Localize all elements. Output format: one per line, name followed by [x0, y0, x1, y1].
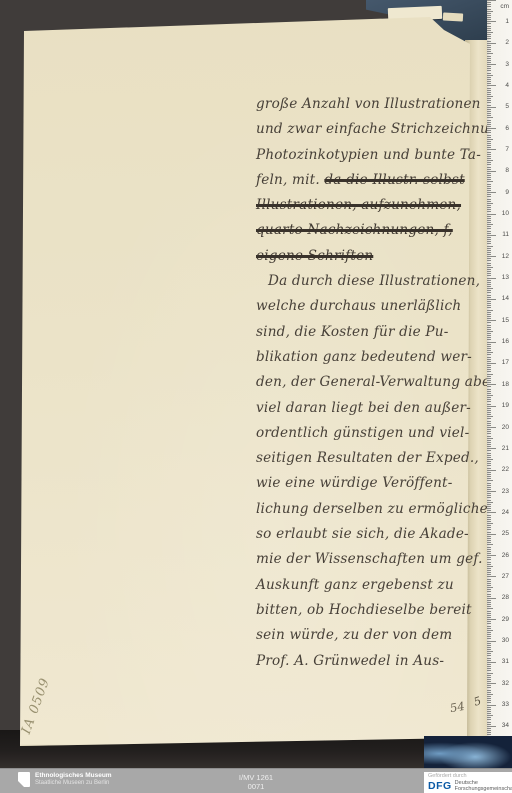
ruler-minor-tick	[487, 670, 491, 671]
ruler-minor-tick	[487, 312, 491, 313]
ruler-number: 31	[502, 659, 509, 665]
ruler-minor-tick	[487, 111, 491, 112]
ruler-minor-tick	[487, 346, 491, 347]
ruler-minor-tick	[487, 660, 491, 661]
ruler-minor-tick	[487, 679, 491, 680]
manuscript-line: welche durchaus unerläßlich	[256, 294, 484, 319]
ruler-minor-tick	[487, 367, 491, 368]
ruler-minor-tick	[487, 68, 491, 69]
ruler-minor-tick	[487, 4, 491, 5]
manuscript-line: blikation ganz bedeutend wer-	[256, 345, 484, 370]
ruler-minor-tick	[487, 13, 491, 14]
ruler-number: 26	[502, 553, 509, 559]
ruler-minor-tick	[487, 468, 491, 469]
ruler-major-tick	[487, 363, 496, 364]
handwritten-text-block: große Anzahl von Illustrationenund zwar …	[256, 92, 484, 692]
ruler-minor-tick	[487, 692, 491, 693]
ruler-minor-tick	[487, 623, 491, 624]
ruler-minor-tick	[487, 702, 491, 703]
ruler-major-tick	[487, 491, 496, 492]
ruler-minor-tick	[487, 263, 491, 264]
ruler-minor-tick	[487, 139, 493, 140]
ruler-minor-tick	[487, 542, 491, 543]
ruler-minor-tick	[487, 314, 491, 315]
ruler-minor-tick	[487, 681, 491, 682]
ruler-minor-tick	[487, 88, 491, 89]
ruler-number: 17	[502, 360, 509, 366]
ruler-minor-tick	[487, 36, 491, 37]
ruler-minor-tick	[487, 297, 491, 298]
ruler-minor-tick	[487, 199, 491, 200]
ruler-minor-tick	[487, 497, 491, 498]
ruler-minor-tick	[487, 732, 491, 733]
ruler-minor-tick	[487, 169, 491, 170]
ruler-minor-tick	[487, 254, 491, 255]
ruler-minor-tick	[487, 502, 493, 503]
ruler-minor-tick	[487, 186, 491, 187]
blue-fabric-patch	[424, 736, 512, 768]
ruler-minor-tick	[487, 685, 491, 686]
ruler-minor-tick	[487, 49, 491, 50]
ruler-minor-tick	[487, 455, 491, 456]
ruler-number: 24	[502, 510, 509, 516]
ruler-minor-tick	[487, 557, 491, 558]
ruler-minor-tick	[487, 130, 491, 131]
ruler-minor-tick	[487, 173, 491, 174]
ruler-number: 19	[502, 403, 509, 409]
ruler-minor-tick	[487, 73, 491, 74]
ruler-major-tick	[487, 406, 496, 407]
ruler-number: 15	[502, 318, 509, 324]
ruler-minor-tick	[487, 418, 491, 419]
ruler-minor-tick	[487, 126, 491, 127]
ruler-minor-tick	[487, 500, 491, 501]
ruler-minor-tick	[487, 248, 491, 249]
ruler-major-tick	[487, 534, 496, 535]
dfg-full-name: Deutsche Forschungsgemeinschaft	[455, 780, 512, 792]
ruler-minor-tick	[487, 553, 491, 554]
ruler-minor-tick	[487, 32, 493, 33]
ruler-minor-tick	[487, 329, 491, 330]
ruler-minor-tick	[487, 724, 491, 725]
ruler-minor-tick	[487, 613, 491, 614]
ruler-minor-tick	[487, 636, 491, 637]
ruler-minor-tick	[487, 179, 491, 180]
ruler-minor-tick	[487, 493, 491, 494]
ruler-minor-tick	[487, 438, 493, 439]
ruler-minor-tick	[487, 181, 493, 182]
ruler-major-tick	[487, 235, 496, 236]
ruler-minor-tick	[487, 730, 491, 731]
ruler-minor-tick	[487, 707, 491, 708]
ruler-minor-tick	[487, 655, 491, 656]
ruler-minor-tick	[487, 459, 493, 460]
ruler-minor-tick	[487, 544, 493, 545]
ruler-minor-tick	[487, 335, 491, 336]
ruler-number: 28	[502, 595, 509, 601]
ruler-minor-tick	[487, 152, 491, 153]
ruler-minor-tick	[487, 425, 491, 426]
manuscript-line: sein würde, zu der von dem	[256, 623, 484, 648]
ruler-minor-tick	[487, 527, 491, 528]
ruler-minor-tick	[487, 60, 491, 61]
ruler-minor-tick	[487, 508, 491, 509]
ruler-minor-tick	[487, 687, 491, 688]
ruler-minor-tick	[487, 621, 491, 622]
ruler-minor-tick	[487, 510, 491, 511]
ruler-minor-tick	[487, 211, 491, 212]
ruler-minor-tick	[487, 585, 491, 586]
ruler-minor-tick	[487, 696, 491, 697]
ruler-minor-tick	[487, 713, 491, 714]
ruler-minor-tick	[487, 145, 491, 146]
ruler-minor-tick	[487, 717, 491, 718]
ruler-major-tick	[487, 448, 496, 449]
ruler-minor-tick	[487, 638, 491, 639]
manuscript-line: den, der General-Verwaltung aber	[256, 370, 484, 395]
ruler-major-tick	[487, 683, 496, 684]
ruler-major-tick	[487, 641, 496, 642]
ruler-minor-tick	[487, 77, 491, 78]
ruler-minor-tick	[487, 354, 491, 355]
ruler-minor-tick	[487, 100, 491, 101]
ruler-minor-tick	[487, 485, 491, 486]
ruler-minor-tick	[487, 237, 491, 238]
ruler-number: 7	[505, 147, 509, 153]
ruler-minor-tick	[487, 350, 491, 351]
ruler-minor-tick	[487, 216, 491, 217]
ruler-number: 16	[502, 339, 509, 345]
ruler-minor-tick	[487, 11, 493, 12]
ruler-minor-tick	[487, 34, 491, 35]
ruler-minor-tick	[487, 190, 491, 191]
ruler-number: 11	[502, 232, 509, 238]
ruler-number: 3	[505, 62, 509, 68]
ruler-minor-tick	[487, 506, 491, 507]
ruler-number: 25	[502, 531, 509, 537]
ruler-minor-tick	[487, 551, 491, 552]
ruler-minor-tick	[487, 651, 493, 652]
ruler-minor-tick	[487, 461, 491, 462]
ruler-minor-tick	[487, 453, 491, 454]
ruler-minor-tick	[487, 611, 491, 612]
manuscript-line: Photozinkotypien und bunte Ta-	[256, 143, 484, 168]
manuscript-line: Auskunft ganz ergebenst zu	[256, 573, 484, 598]
ruler-minor-tick	[487, 632, 491, 633]
ruler-minor-tick	[487, 222, 491, 223]
ruler-major-tick	[487, 427, 496, 428]
ruler-number: 5	[505, 104, 509, 110]
ruler-minor-tick	[487, 397, 491, 398]
ruler-minor-tick	[487, 271, 491, 272]
ruler-minor-tick	[487, 389, 491, 390]
ruler-minor-tick	[487, 94, 491, 95]
ruler-minor-tick	[487, 265, 491, 266]
ruler-minor-tick	[487, 83, 491, 84]
ruler-minor-tick	[487, 431, 491, 432]
ruler-minor-tick	[487, 231, 491, 232]
ruler-minor-tick	[487, 374, 493, 375]
struck-text: quarto Nachzeichnungen, f,	[256, 222, 453, 238]
ruler-minor-tick	[487, 673, 493, 674]
ruler-minor-tick	[487, 408, 491, 409]
ruler-minor-tick	[487, 666, 491, 667]
manuscript-line: viel daran liegt bei den außer-	[256, 396, 484, 421]
ruler-minor-tick	[487, 137, 491, 138]
ruler-minor-tick	[487, 194, 491, 195]
ruler-minor-tick	[487, 322, 491, 323]
ruler-minor-tick	[487, 9, 491, 10]
ruler-minor-tick	[487, 250, 491, 251]
ruler-minor-tick	[487, 310, 493, 311]
ruler-minor-tick	[487, 591, 491, 592]
ruler-number: 10	[502, 211, 509, 217]
ruler-minor-tick	[487, 156, 491, 157]
ruler-minor-tick	[487, 711, 491, 712]
ruler-minor-tick	[487, 2, 491, 3]
ruler-minor-tick	[487, 378, 491, 379]
ruler-minor-tick	[487, 339, 491, 340]
ruler-minor-tick	[487, 722, 491, 723]
ruler-minor-tick	[487, 38, 491, 39]
ruler-minor-tick	[487, 634, 491, 635]
ruler-minor-tick	[487, 15, 491, 16]
ruler-minor-tick	[487, 120, 491, 121]
ruler-minor-tick	[487, 344, 491, 345]
manuscript-line: eigene Schriften	[256, 244, 484, 269]
ruler-minor-tick	[487, 690, 491, 691]
ruler-minor-tick	[487, 239, 491, 240]
ruler-minor-tick	[487, 465, 491, 466]
ruler-minor-tick	[487, 205, 491, 206]
ruler-minor-tick	[487, 124, 491, 125]
ruler-minor-tick	[487, 141, 491, 142]
ruler-minor-tick	[487, 282, 491, 283]
ruler-minor-tick	[487, 241, 491, 242]
struck-text: eigene Schriften	[256, 248, 373, 264]
ruler-minor-tick	[487, 62, 491, 63]
ruler-number: 23	[502, 489, 509, 495]
ruler-minor-tick	[487, 694, 493, 695]
ruler-minor-tick	[487, 275, 491, 276]
ruler-minor-tick	[487, 122, 491, 123]
ruler-minor-tick	[487, 333, 491, 334]
ruler-minor-tick	[487, 105, 491, 106]
ruler-major-tick	[487, 128, 496, 129]
ruler-minor-tick	[487, 587, 493, 588]
ruler-major-tick	[487, 64, 496, 65]
ruler-minor-tick	[487, 177, 491, 178]
ruler-minor-tick	[487, 658, 491, 659]
ruler-minor-tick	[487, 135, 491, 136]
ruler-minor-tick	[487, 175, 491, 176]
ruler-minor-tick	[487, 450, 491, 451]
ruler-minor-tick	[487, 700, 491, 701]
ruler-minor-tick	[487, 260, 491, 261]
ruler-minor-tick	[487, 267, 493, 268]
ruler-minor-tick	[487, 81, 491, 82]
ruler-minor-tick	[487, 26, 491, 27]
ruler-minor-tick	[487, 395, 493, 396]
ruler-number: 9	[505, 190, 509, 196]
ruler-minor-tick	[487, 41, 491, 42]
manuscript-line: Illustrationen, aufzunehmen,	[256, 193, 484, 218]
ruler-minor-tick	[487, 376, 491, 377]
ruler-minor-tick	[487, 184, 491, 185]
ruler-minor-tick	[487, 410, 491, 411]
ruler-minor-tick	[487, 606, 491, 607]
ruler-minor-tick	[487, 51, 491, 52]
ruler-minor-tick	[487, 209, 491, 210]
ruler-number: 12	[502, 254, 509, 260]
ruler-minor-tick	[487, 160, 493, 161]
ruler-minor-tick	[487, 677, 491, 678]
ruler-number: 2	[505, 40, 509, 46]
ruler-minor-tick	[487, 579, 491, 580]
ruler-minor-tick	[487, 559, 491, 560]
ruler-minor-tick	[487, 583, 491, 584]
ruler-minor-tick	[487, 348, 491, 349]
ruler-major-tick	[487, 320, 496, 321]
ruler-minor-tick	[487, 70, 491, 71]
ruler-minor-tick	[487, 188, 491, 189]
ruler-minor-tick	[487, 380, 491, 381]
ruler-number: 1	[505, 19, 509, 25]
ruler-number: 21	[502, 446, 509, 452]
ruler-minor-tick	[487, 98, 491, 99]
ruler-minor-tick	[487, 316, 491, 317]
dfg-logo-block: Gefördert durch DFG Deutsche Forschungsg…	[424, 772, 512, 793]
ruler-minor-tick	[487, 28, 491, 29]
dfg-acronym: DFG	[428, 780, 452, 792]
ruler-minor-tick	[487, 608, 493, 609]
ruler-minor-tick	[487, 196, 491, 197]
ruler-minor-tick	[487, 258, 491, 259]
ruler-major-tick	[487, 619, 496, 620]
ruler-minor-tick	[487, 515, 491, 516]
ruler-minor-tick	[487, 412, 491, 413]
ruler-minor-tick	[487, 246, 493, 247]
ruler-minor-tick	[487, 572, 491, 573]
ruler-minor-tick	[487, 386, 491, 387]
ruler-number: 14	[502, 296, 509, 302]
ruler-number: 13	[502, 275, 509, 281]
ruler-major-tick	[487, 0, 496, 1]
ruler-minor-tick	[487, 529, 491, 530]
ruler-minor-tick	[487, 357, 491, 358]
ruler-minor-tick	[487, 154, 491, 155]
ruler-minor-tick	[487, 79, 491, 80]
ruler-minor-tick	[487, 365, 491, 366]
ruler-number: 4	[505, 83, 509, 89]
ruler-major-tick	[487, 43, 496, 44]
ruler-major-tick	[487, 555, 496, 556]
ruler-minor-tick	[487, 17, 491, 18]
ruler-number: 29	[502, 617, 509, 623]
ruler-minor-tick	[487, 19, 491, 20]
ruler-major-tick	[487, 107, 496, 108]
ruler-number: 34	[502, 723, 509, 729]
ruler-minor-tick	[487, 284, 491, 285]
ruler-minor-tick	[487, 436, 491, 437]
ruler-major-tick	[487, 256, 496, 257]
ruler-minor-tick	[487, 675, 491, 676]
ruler-minor-tick	[487, 382, 491, 383]
ruler-minor-tick	[487, 574, 491, 575]
ruler-minor-tick	[487, 709, 491, 710]
ruler-number: 30	[502, 638, 509, 644]
ruler-major-tick	[487, 278, 496, 279]
manuscript-line: sind, die Kosten für die Pu-	[256, 320, 484, 345]
struck-text: Illustrationen, aufzunehmen,	[256, 197, 461, 213]
ruler-minor-tick	[487, 653, 491, 654]
ruler-minor-tick	[487, 305, 491, 306]
ruler-minor-tick	[487, 668, 491, 669]
paper-tab-small	[443, 12, 463, 21]
ruler-major-tick	[487, 214, 496, 215]
ruler-minor-tick	[487, 547, 491, 548]
ruler-major-tick	[487, 192, 496, 193]
ruler-minor-tick	[487, 536, 491, 537]
manuscript-line: und zwar einfache Strichzeichnungen,	[256, 117, 484, 142]
ruler-minor-tick	[487, 325, 491, 326]
ruler-minor-tick	[487, 728, 491, 729]
ruler-minor-tick	[487, 280, 491, 281]
ruler-minor-tick	[487, 457, 491, 458]
ruler-minor-tick	[487, 269, 491, 270]
ruler-minor-tick	[487, 421, 491, 422]
ruler-minor-tick	[487, 75, 493, 76]
manuscript-line: große Anzahl von Illustrationen	[256, 92, 484, 117]
ruler-major-tick	[487, 726, 496, 727]
ruler-minor-tick	[487, 132, 491, 133]
dfg-logo-row: DFG Deutsche Forschungsgemeinschaft	[428, 780, 512, 792]
ruler-minor-tick	[487, 292, 491, 293]
ruler-minor-tick	[487, 109, 491, 110]
ruler-minor-tick	[487, 359, 491, 360]
manuscript-line: mie der Wissenschaften um gef.	[256, 547, 484, 572]
ruler-major-tick	[487, 299, 496, 300]
ruler-major-tick	[487, 342, 496, 343]
ruler-minor-tick	[487, 564, 491, 565]
ruler-minor-tick	[487, 47, 491, 48]
ruler-minor-tick	[487, 369, 491, 370]
manuscript-line: quarto Nachzeichnungen, f,	[256, 218, 484, 243]
ruler-minor-tick	[487, 6, 491, 7]
ruler-minor-tick	[487, 404, 491, 405]
ruler-minor-tick	[487, 647, 491, 648]
ruler-major-tick	[487, 576, 496, 577]
ruler-minor-tick	[487, 252, 491, 253]
ruler-minor-tick	[487, 220, 491, 221]
ruler-minor-tick	[487, 444, 491, 445]
ruler-minor-tick	[487, 523, 493, 524]
ruler-minor-tick	[487, 143, 491, 144]
ruler-minor-tick	[487, 446, 491, 447]
ruler-minor-tick	[487, 224, 493, 225]
ruler-minor-tick	[487, 393, 491, 394]
ruler-minor-tick	[487, 295, 491, 296]
ruler-number: 27	[502, 574, 509, 580]
ruler-minor-tick	[487, 288, 493, 289]
ruler-minor-tick	[487, 440, 491, 441]
ruler-minor-tick	[487, 399, 491, 400]
ruler-minor-tick	[487, 226, 491, 227]
manuscript-line: seitigen Resultaten der Exped.,	[256, 446, 484, 471]
ruler-minor-tick	[487, 698, 491, 699]
ruler-major-tick	[487, 149, 496, 150]
ruler-minor-tick	[487, 147, 491, 148]
